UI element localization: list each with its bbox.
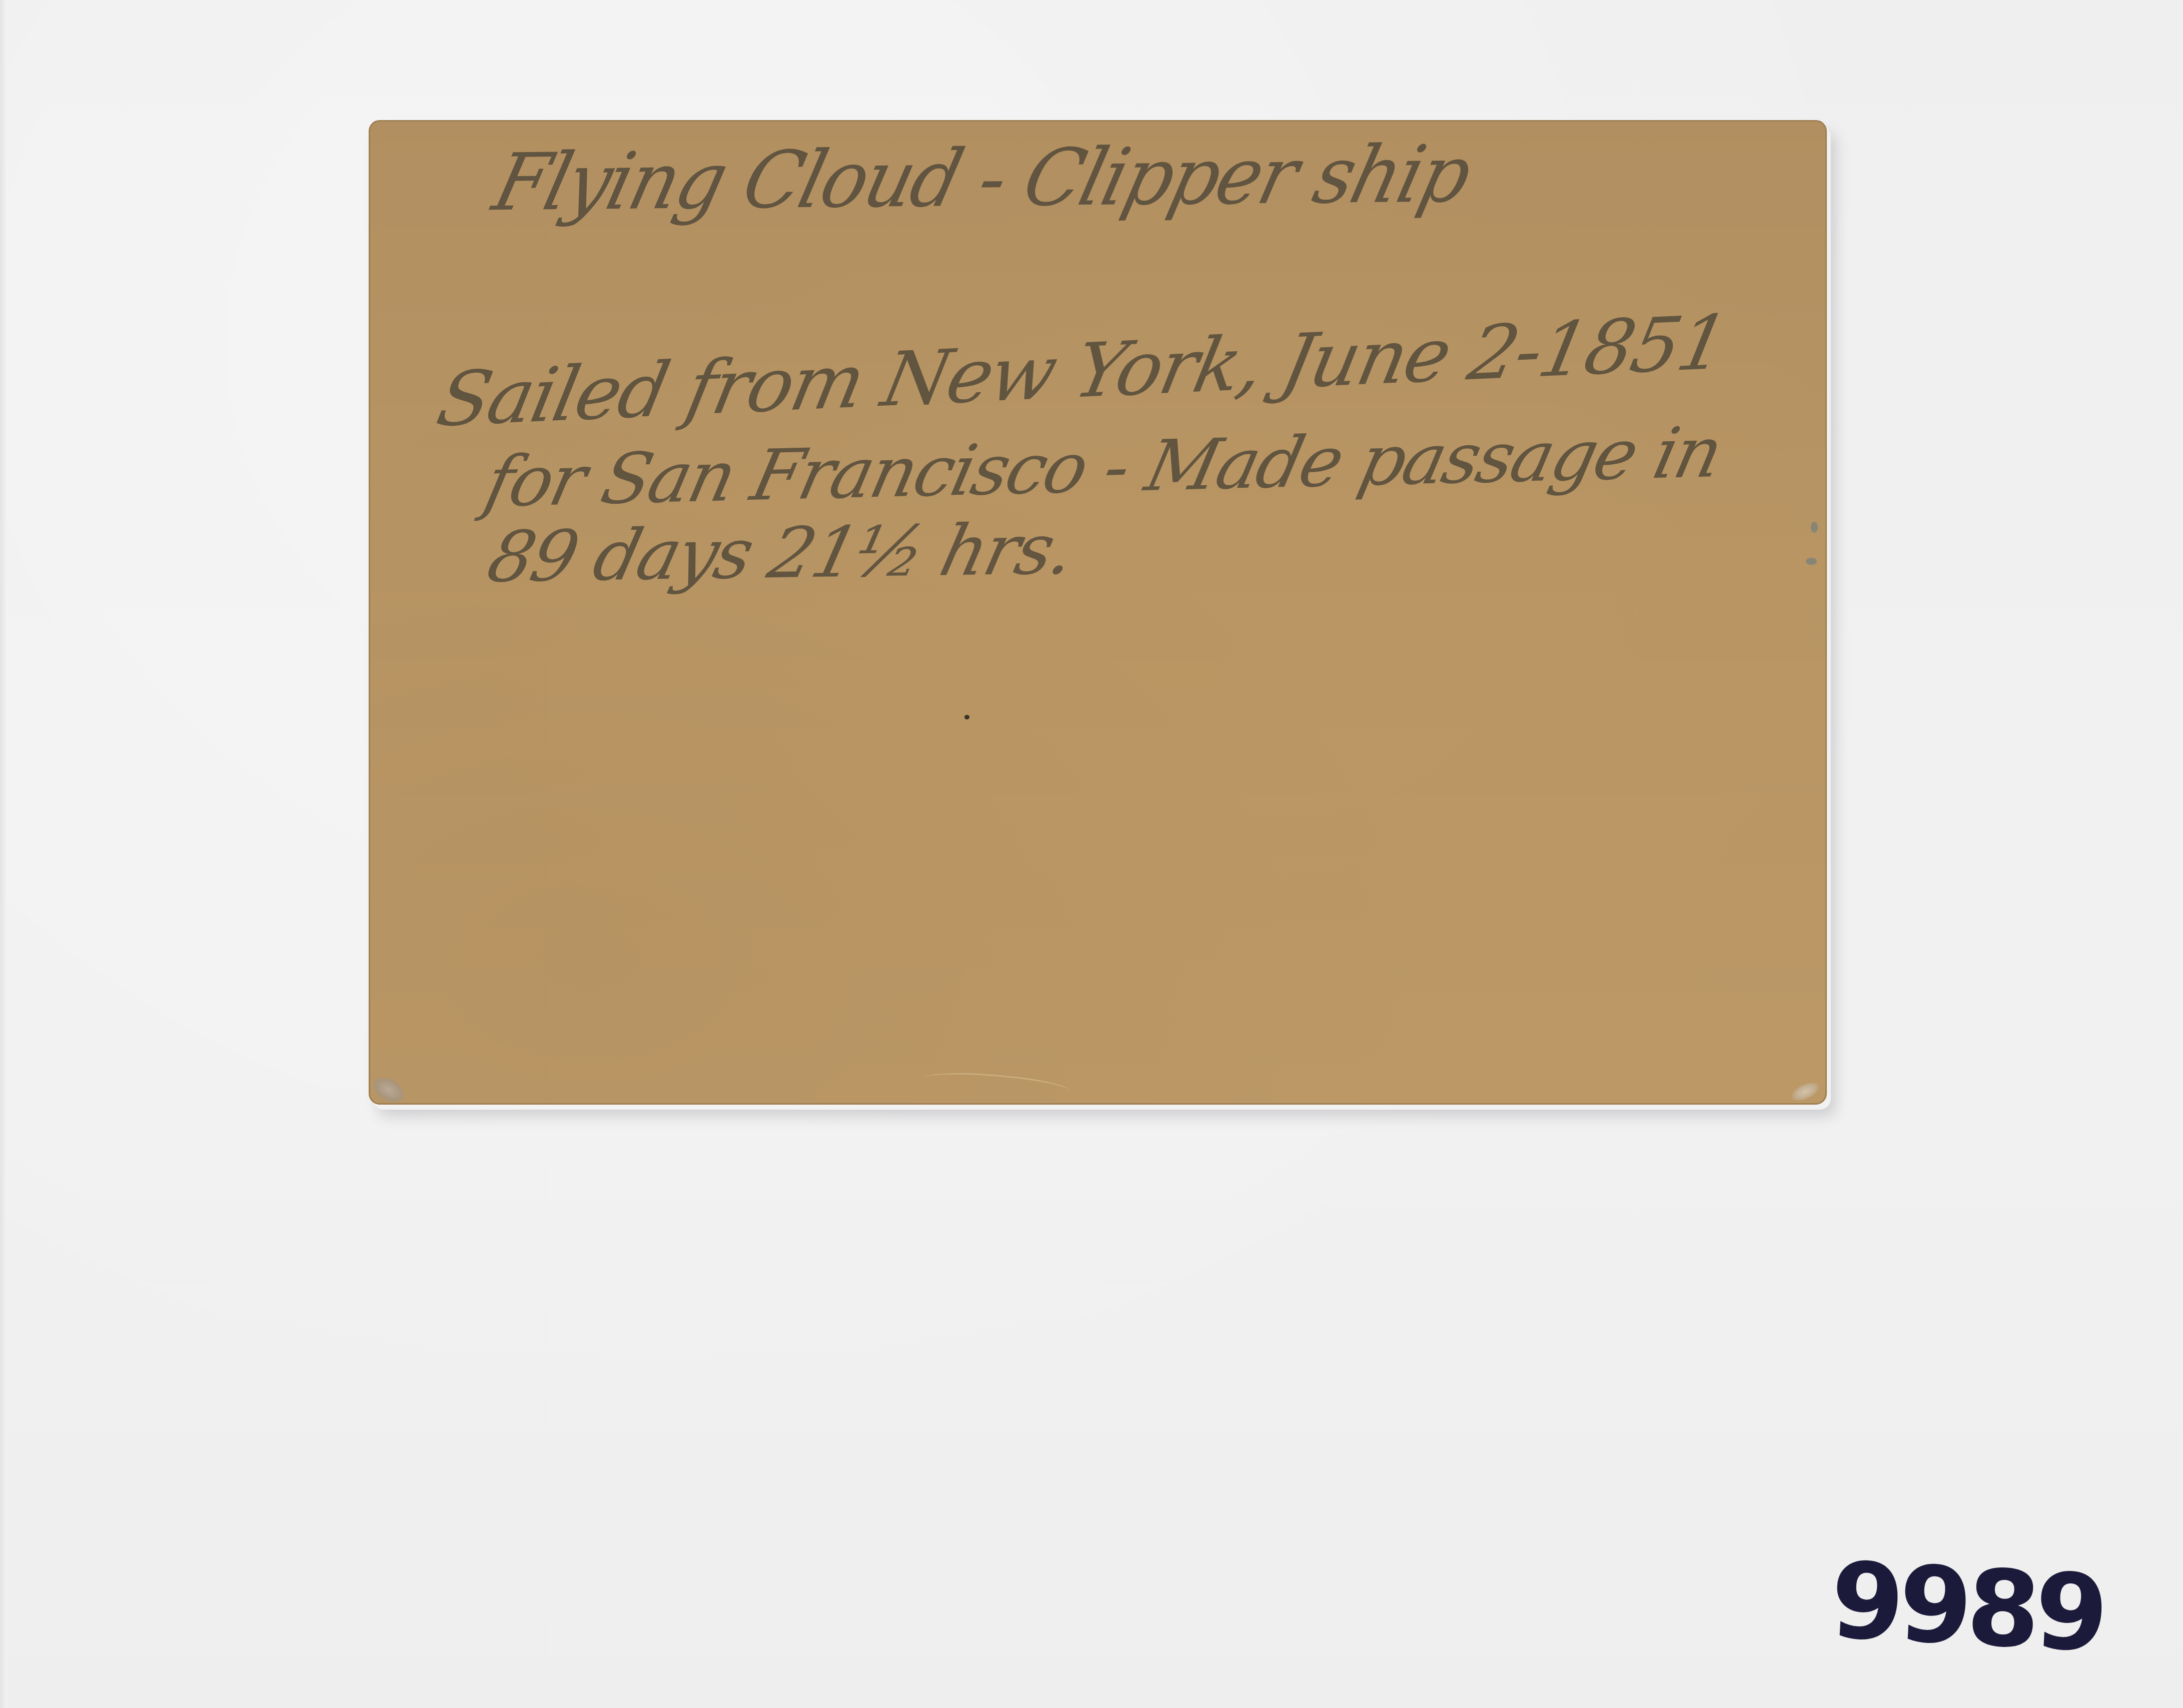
catalog-number-label: 9989 bbox=[1828, 1539, 2106, 1675]
blue-stain bbox=[1806, 558, 1817, 565]
card-title-handwriting: Flying Cloud - Clipper ship bbox=[485, 129, 1478, 229]
corner-wear-bottom-right bbox=[1788, 1079, 1822, 1105]
card-body-line-3: 89 days 21½ hrs. bbox=[480, 509, 1081, 598]
kraft-card: Flying Cloud - Clipper ship Sailed from … bbox=[369, 120, 1827, 1105]
corner-wear-bottom-left bbox=[369, 1072, 410, 1105]
mount-board-edge bbox=[0, 0, 7, 1708]
bottom-crease bbox=[920, 1067, 1071, 1104]
ink-speck bbox=[964, 715, 969, 719]
blue-stain bbox=[1811, 522, 1818, 533]
